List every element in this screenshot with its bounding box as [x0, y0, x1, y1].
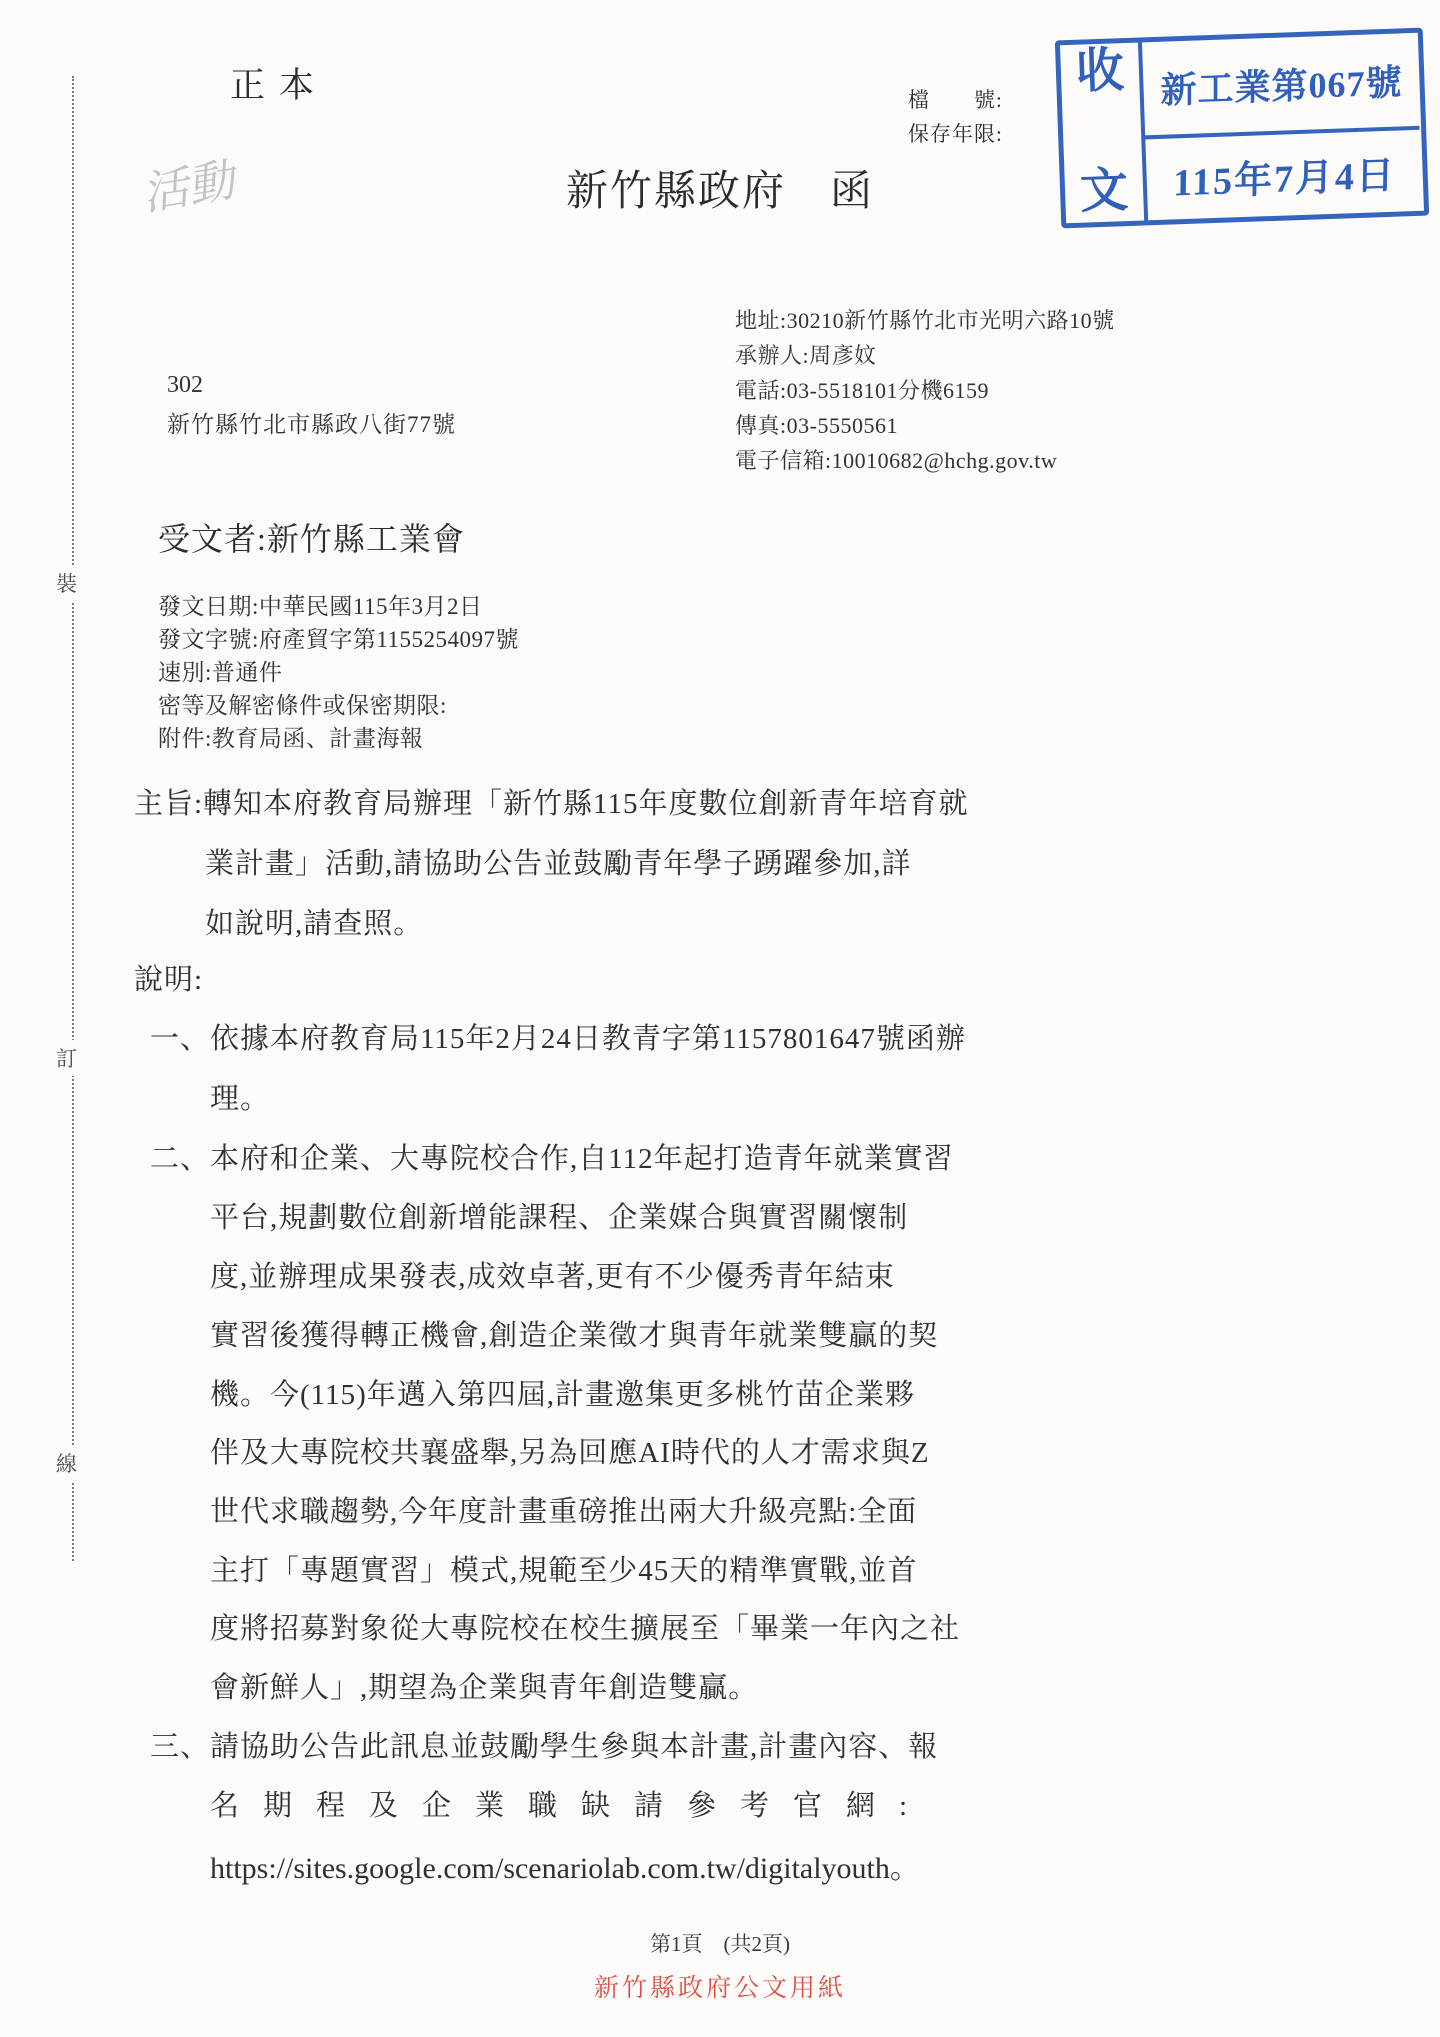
attachment-line: 附件:教育局函、計畫海報: [158, 720, 423, 753]
item2-line-10: 會新鮮人」,期望為企業與青年創造雙贏。: [210, 1665, 758, 1706]
handwritten-pencil-note: 活動: [145, 142, 239, 224]
received-stamp-label: 收 文: [1060, 42, 1148, 223]
speed-class-line: 速別:普通件: [158, 654, 282, 687]
received-doc-number: 新工業第067號: [1144, 33, 1420, 139]
stamp-char-wen: 文: [1079, 167, 1129, 217]
item2-line-2: 平台,規劃數位創新增能課程、企業媒合與實習關懷制: [210, 1195, 908, 1236]
binding-mark-xian: 線: [56, 1445, 77, 1481]
item3-line-2: 名期程及企業職缺請參考官網:: [210, 1783, 931, 1824]
sender-contact-person: 承辦人:周彥妏: [735, 339, 877, 370]
file-number-label: 檔 號:: [908, 84, 1003, 114]
received-stamp: 收 文 新工業第067號 115年7月4日: [1055, 28, 1429, 229]
subject-line-3: 如說明,請查照。: [205, 901, 423, 942]
copy-type-label: 正本: [230, 58, 328, 108]
recipient-line: 受文者:新竹縣工業會: [158, 514, 465, 560]
letter-title: 新竹縣政府 函: [566, 158, 874, 218]
item1-line-1: 依據本府教育局115年2月24日教青字第1157801647號函辦: [210, 1016, 966, 1057]
sender-phone: 電話:03-5518101分機6159: [735, 374, 989, 405]
item2-line-3: 度,並辦理成果發表,成效卓著,更有不少優秀青年結束: [210, 1254, 895, 1295]
item2-line-6: 伴及大專院校共襄盛舉,另為回應AI時代的人才需求與Z: [210, 1430, 930, 1471]
official-letter-page: 裝 訂 線 正本 活動 檔 號: 保存年限: 收 文 新工業第067號 115年…: [0, 0, 1440, 2037]
recipient-street: 新竹縣竹北市縣政八街77號: [167, 406, 456, 439]
recipient-zip: 302: [167, 372, 203, 399]
sender-address: 地址:30210新竹縣竹北市光明六路10號: [735, 304, 1115, 335]
issue-number-line: 發文字號:府產貿字第1155254097號: [158, 621, 519, 654]
page-number-info: 第1頁 (共2頁): [0, 1928, 1440, 1958]
binding-mark-ding: 訂: [56, 1040, 77, 1076]
item2-line-1: 本府和企業、大專院校合作,自112年起打造青年就業實習: [210, 1136, 954, 1177]
item2-line-7: 世代求職趨勢,今年度計畫重磅推出兩大升級亮點:全面: [210, 1489, 917, 1530]
item2-number: 二、: [150, 1136, 210, 1177]
item3-line-1: 請協助公告此訊息並鼓勵學生參與本計畫,計畫內容、報: [210, 1724, 938, 1765]
item2-line-8: 主打「專題實習」模式,規範至少45天的精準實戰,並首: [210, 1548, 918, 1589]
binding-mark-zhuang: 裝: [56, 565, 77, 601]
item2-line-4: 實習後獲得轉正機會,創造企業徵才與青年就業雙贏的契: [210, 1313, 938, 1354]
sender-email: 電子信箱:10010682@hchg.gov.tw: [735, 444, 1057, 475]
received-date: 115年7月4日: [1146, 129, 1423, 220]
binding-dotted-line: [72, 76, 74, 1561]
item3-number: 三、: [150, 1724, 210, 1765]
security-class-line: 密等及解密條件或保密期限:: [158, 687, 447, 720]
item2-line-5: 機。今(115)年邁入第四屆,計畫邀集更多桃竹苗企業夥: [210, 1372, 915, 1413]
stamp-char-shou: 收: [1075, 47, 1125, 97]
issue-date-line: 發文日期:中華民國115年3月2日: [158, 588, 483, 621]
item3-url-line: https://sites.google.com/scenariolab.com…: [210, 1843, 920, 1887]
explanation-heading: 說明:: [134, 957, 203, 998]
subject-line-1: 主旨:轉知本府教育局辦理「新竹縣115年度數位創新青年培育就: [134, 781, 968, 822]
item1-line-2: 理。: [210, 1076, 270, 1117]
official-paper-label: 新竹縣政府公文用紙: [0, 1968, 1440, 2004]
subject-line-2: 業計畫」活動,請協助公告並鼓勵青年學子踴躍參加,詳: [205, 841, 912, 882]
received-stamp-fields: 新工業第067號 115年7月4日: [1142, 33, 1424, 221]
retention-period-label: 保存年限:: [908, 118, 1003, 148]
item1-number: 一、: [150, 1016, 210, 1057]
item2-line-9: 度將招募對象從大專院校在校生擴展至「畢業一年內之社: [210, 1606, 960, 1647]
sender-fax: 傳真:03-5550561: [735, 409, 898, 440]
